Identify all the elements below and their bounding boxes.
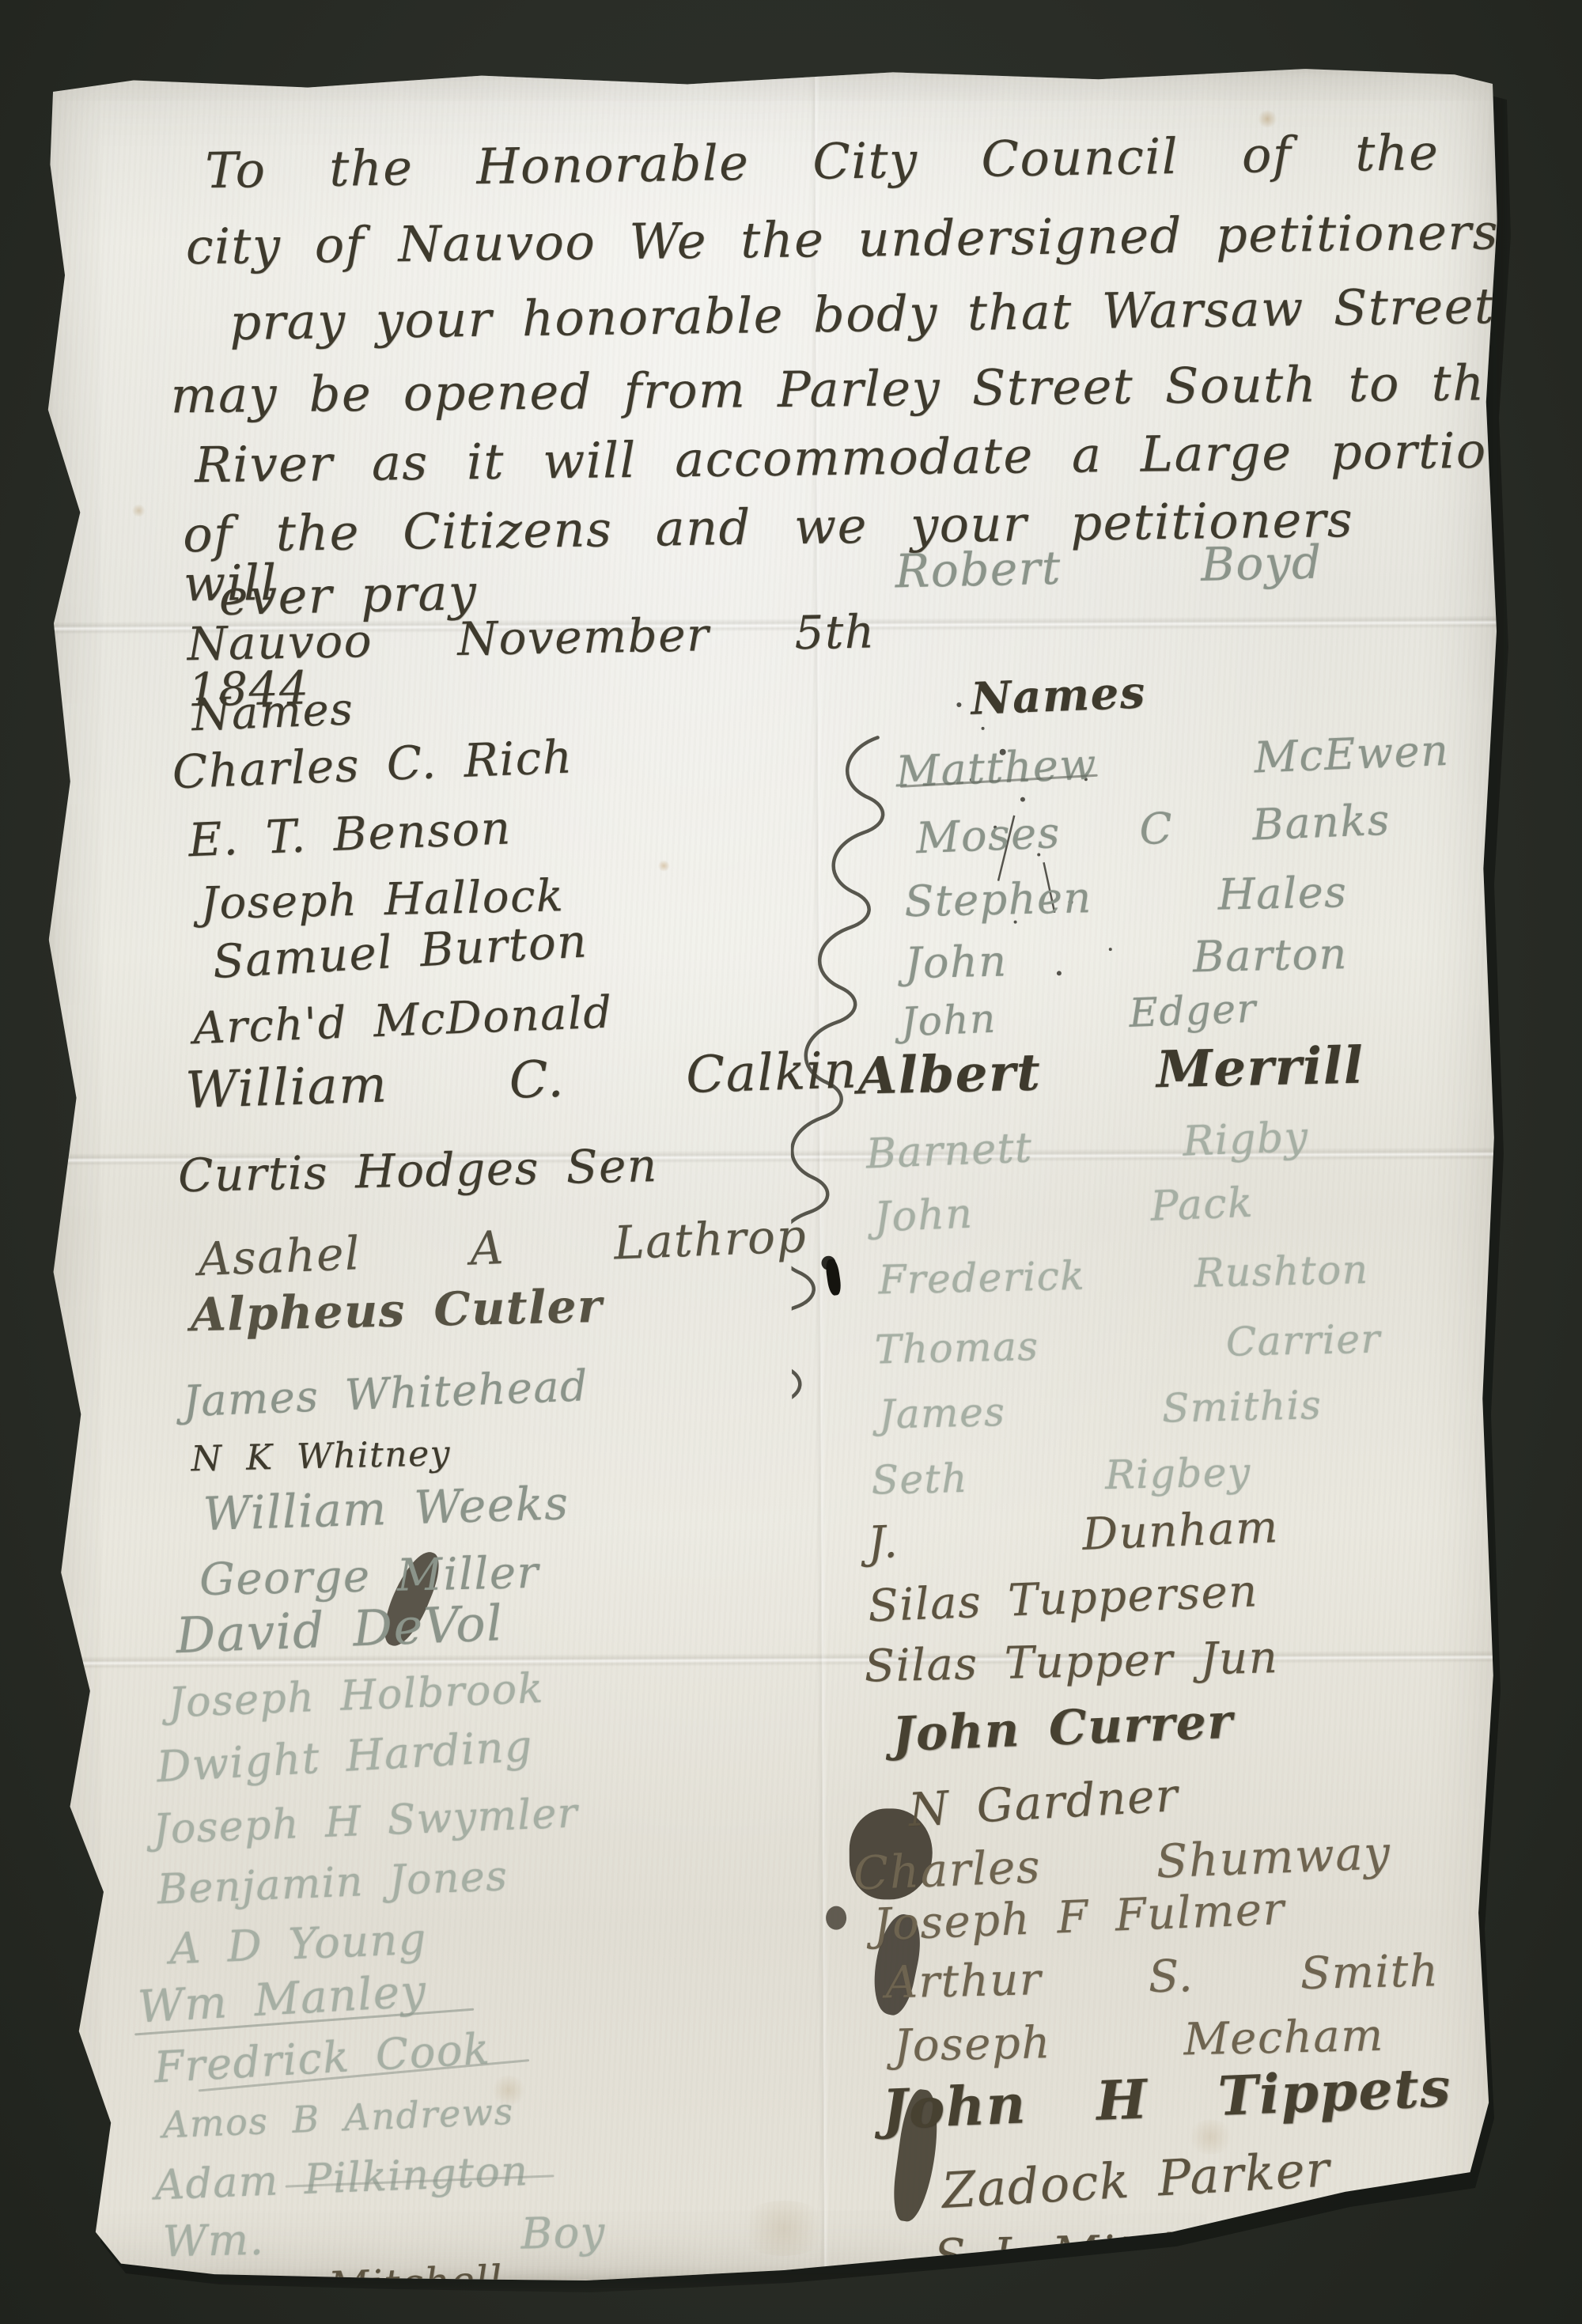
signer-name: John Currer: [891, 1698, 1234, 1758]
column-header-left: Names: [191, 687, 354, 738]
petition-body-line: River as it will accommodate a Large por…: [195, 426, 1520, 490]
signer-name: Alpheus Cutler: [190, 1283, 603, 1338]
signer-name: John H Tippets: [881, 2061, 1452, 2137]
foxing-stain: [1257, 110, 1277, 127]
petition-paper: To the Honorable City Council of the cit…: [39, 62, 1512, 2283]
signer-name: Curtis Hodges Sen: [177, 1142, 658, 1198]
ink-blot: [826, 1906, 846, 1930]
signer-name: Joseph Holbrook: [168, 1668, 545, 1724]
signer-name: William Weeks: [202, 1480, 570, 1537]
signer-name: Amos B Andrews: [161, 2093, 514, 2143]
signer-name: Wm Manley: [137, 1970, 428, 2031]
signature-robert-boyd: Robert Boyd: [895, 539, 1323, 595]
signer-name: Charles Shumway: [853, 1830, 1392, 1897]
column-header-right: Names: [970, 670, 1146, 721]
petition-body-line: To the Honorable City Council of the: [205, 128, 1440, 195]
signer-name: John Pack: [873, 1183, 1255, 1239]
signer-name: Joseph Mecham: [893, 2014, 1384, 2069]
scan-background: To the Honorable City Council of the cit…: [0, 0, 1582, 2324]
petition-body-line: pray your honorable body that Warsaw Str…: [229, 282, 1496, 347]
signer-name: A D Young: [168, 1918, 428, 1971]
signer-name: William C. Calkin: [185, 1045, 859, 1116]
signer-name: David DeVol: [175, 1599, 504, 1660]
signer-name: Arch'd McDonald: [192, 990, 614, 1051]
signer-name: N Gardner: [907, 1772, 1180, 1833]
signer-name: John Barton: [904, 933, 1348, 985]
signer-name: J. Dunham: [867, 1505, 1280, 1565]
signer-name: Silas Tuppersen: [867, 1569, 1258, 1629]
signer-name: Frederick Rushton: [878, 1250, 1369, 1300]
signer-name: Zadock Parker: [940, 2144, 1332, 2216]
signer-name: Seth Rigbey: [871, 1452, 1251, 1500]
signer-name: James Smithis: [879, 1385, 1323, 1434]
signer-name: Barnett Rigby: [865, 1117, 1310, 1175]
signer-name: Charles C. Rich: [172, 733, 574, 795]
signer-name: James Whitehead: [182, 1364, 589, 1423]
pen-strike: [246, 2291, 483, 2303]
signer-name: Asahel A Lathrop: [197, 1213, 808, 1282]
signer-name: Wm. Boy: [162, 2211, 606, 2263]
foxing-stain: [657, 861, 670, 872]
signer-name: N K Whitney: [191, 1436, 451, 1477]
signer-name: Silas Tupper Jun: [864, 1636, 1279, 1689]
signer-name: Thomas Carrier: [874, 1319, 1381, 1369]
signer-name: Albert Merrill: [857, 1041, 1364, 1103]
signer-name: Dwight Harding: [156, 1724, 535, 1788]
signer-name: John Edger: [900, 989, 1258, 1043]
petition-body-line: may be opened from Parley Street South t…: [170, 358, 1516, 420]
signer-name: E. T. Benson: [187, 804, 513, 863]
signer-name: Joseph F Fulmer: [872, 1887, 1286, 1947]
signer-name: Arthur S. Smith: [885, 1949, 1440, 2005]
signer-name: Benjamin Jones: [157, 1856, 509, 1910]
petition-body-line: city of Nauvoo We the undersigned petiti…: [186, 207, 1500, 271]
foxing-stain: [131, 504, 146, 517]
signer-name: Joseph H Swymler: [153, 1792, 580, 1850]
signer-name: Stephen Hales: [904, 871, 1348, 923]
